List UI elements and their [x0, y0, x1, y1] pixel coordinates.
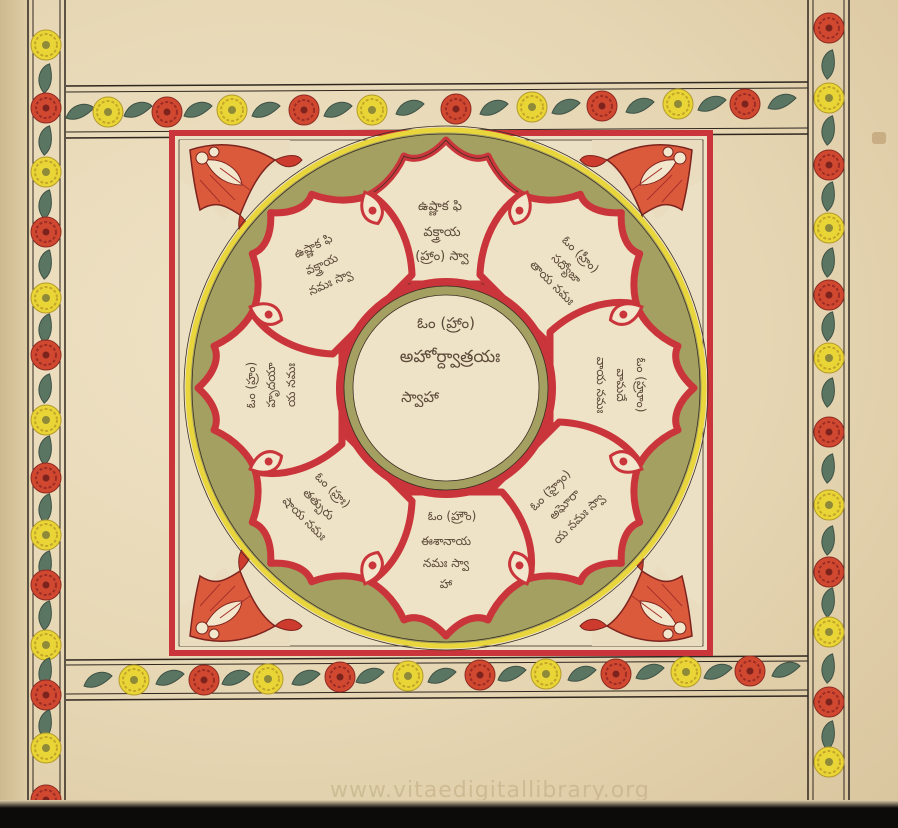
petal-bottom-line-2: ఈశానాయ	[421, 534, 472, 548]
paper-stain	[872, 132, 886, 144]
center-line-2: అహోర్ద్వాత్రయః	[400, 347, 500, 369]
petal-bottom-line-1: ఓం (హ్రౌం)	[428, 509, 477, 524]
bottom-floral-border	[66, 656, 808, 700]
page-bottom-shadow	[0, 806, 898, 828]
petal-bottom-line-4: హా	[440, 577, 453, 591]
petal-left-line-2: హృదయా	[264, 362, 280, 408]
center-line-3: స్వాహా	[401, 388, 439, 408]
right-floral-border	[808, 0, 849, 800]
yantra-illustration: ఓం (హ్రాం) అహోర్ద్వాత్రయః స్వాహా ఉష్ణాక …	[0, 0, 898, 828]
center-circle	[336, 278, 556, 498]
petal-right-line-2: వామదే	[614, 368, 628, 402]
petal-left-line-1: ఓం (హ్రం)	[244, 362, 259, 408]
petal-text-left: ఓం (హ్రం) హృదయా య నమః	[244, 362, 298, 409]
petal-right-line-3: వాయ నమః	[594, 357, 608, 414]
left-floral-border	[28, 0, 65, 815]
manuscript-page: ఓం (హ్రాం) అహోర్ద్వాత్రయః స్వాహా ఉష్ణాక …	[0, 0, 898, 828]
petal-bottom-line-3: నమః స్వా	[423, 556, 470, 572]
petal-top-line-3: (హ్రాం) స్వా	[415, 249, 469, 265]
petal-right-line-1: ఓం (హ్రూం)	[633, 358, 648, 413]
center-line-1: ఓం (హ్రాం)	[417, 314, 475, 333]
petal-top-line-1: ఉష్ణాక ఫి	[418, 199, 462, 216]
petal-left-line-3: య నమః	[284, 363, 298, 407]
